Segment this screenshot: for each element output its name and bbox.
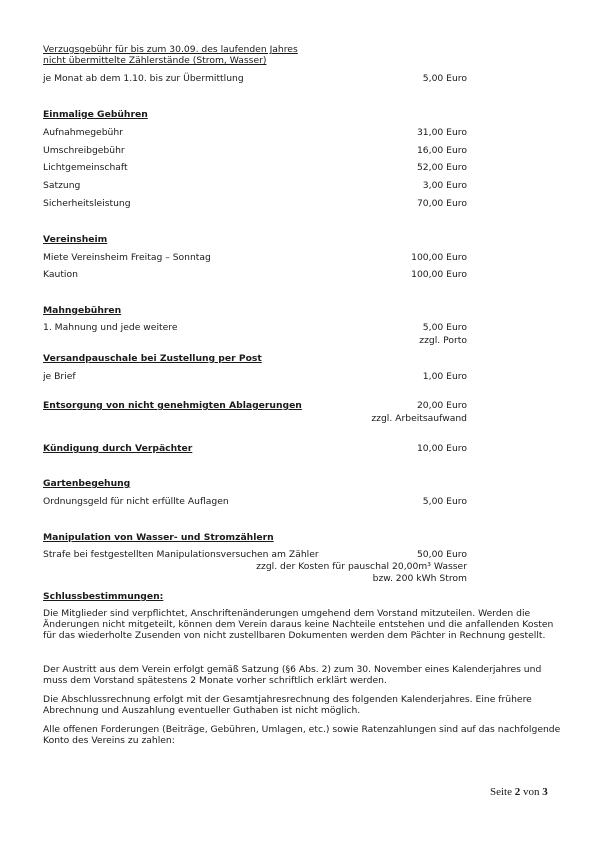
late-fee-amount: 5,00 Euro bbox=[423, 73, 467, 84]
disposal-amount: 20,00 Euro bbox=[417, 400, 467, 411]
of-word: von bbox=[523, 786, 540, 798]
total-pages: 3 bbox=[542, 786, 548, 798]
fee-amount: 70,00 Euro bbox=[417, 198, 467, 209]
postage-label: je Brief bbox=[43, 371, 76, 382]
reminder-fees-heading: Mahngebühren bbox=[43, 305, 121, 316]
manipulation-heading: Manipulation von Wasser- und Stromzähler… bbox=[43, 532, 274, 543]
final-paragraph: Die Mitglieder sind verpflichtet, Anschr… bbox=[43, 608, 563, 642]
fee-amount: 100,00 Euro bbox=[411, 252, 467, 263]
fee-amount: 100,00 Euro bbox=[411, 269, 467, 280]
late-fee-title-line1: Verzugsgebühr für bis zum 30.09. des lau… bbox=[43, 44, 298, 55]
manipulation-amount: 50,00 Euro bbox=[417, 549, 467, 560]
final-paragraph: Der Austritt aus dem Verein erfolgt gemä… bbox=[43, 664, 563, 686]
fee-label: Lichtgemeinschaft bbox=[43, 162, 128, 173]
fee-label: Satzung bbox=[43, 180, 80, 191]
page-word: Seite bbox=[490, 786, 512, 798]
page-number: Seite 2 von 3 bbox=[490, 786, 548, 798]
inspection-heading: Gartenbegehung bbox=[43, 478, 130, 489]
fee-label: Miete Vereinsheim Freitag – Sonntag bbox=[43, 252, 211, 263]
one-time-fees-heading: Einmalige Gebühren bbox=[43, 109, 148, 120]
final-provisions-heading: Schlussbestimmungen: bbox=[43, 591, 163, 602]
fee-amount: 3,00 Euro bbox=[423, 180, 467, 191]
inspection-amount: 5,00 Euro bbox=[423, 496, 467, 507]
disposal-heading: Entsorgung von nicht genehmigten Ablager… bbox=[43, 400, 302, 411]
late-fee-label: je Monat ab dem 1.10. bis zur Übermittlu… bbox=[43, 73, 244, 84]
fee-amount: 31,00 Euro bbox=[417, 127, 467, 138]
late-fee-title-line2: nicht übermittelte Zählerstände (Strom, … bbox=[43, 55, 266, 66]
termination-amount: 10,00 Euro bbox=[417, 443, 467, 454]
fee-label: Umschreibgebühr bbox=[43, 145, 125, 156]
final-paragraph: Die Abschlussrechnung erfolgt mit der Ge… bbox=[43, 694, 563, 716]
clubhouse-heading: Vereinsheim bbox=[43, 234, 107, 245]
reminder-label: 1. Mahnung und jede weitere bbox=[43, 322, 178, 333]
fee-label: Sicherheitsleistung bbox=[43, 198, 131, 209]
manipulation-note-water: zzgl. der Kosten für pauschal 20,00m³ Wa… bbox=[256, 561, 467, 572]
document-page: Verzugsgebühr für bis zum 30.09. des lau… bbox=[0, 0, 595, 842]
manipulation-label: Strafe bei festgestellten Manipulationsv… bbox=[43, 549, 319, 560]
final-paragraph: Alle offenen Forderungen (Beiträge, Gebü… bbox=[43, 724, 563, 746]
reminder-note: zzgl. Porto bbox=[419, 335, 467, 346]
fee-amount: 52,00 Euro bbox=[417, 162, 467, 173]
postage-heading: Versandpauschale bei Zustellung per Post bbox=[43, 353, 262, 364]
fee-label: Kaution bbox=[43, 269, 78, 280]
current-page: 2 bbox=[515, 786, 521, 798]
fee-amount: 16,00 Euro bbox=[417, 145, 467, 156]
fee-label: Aufnahmegebühr bbox=[43, 127, 123, 138]
termination-heading: Kündigung durch Verpächter bbox=[43, 443, 192, 454]
inspection-label: Ordnungsgeld für nicht erfüllte Auflagen bbox=[43, 496, 229, 507]
reminder-amount: 5,00 Euro bbox=[423, 322, 467, 333]
postage-amount: 1,00 Euro bbox=[423, 371, 467, 382]
manipulation-note-power: bzw. 200 kWh Strom bbox=[373, 573, 467, 584]
disposal-note: zzgl. Arbeitsaufwand bbox=[371, 413, 467, 424]
